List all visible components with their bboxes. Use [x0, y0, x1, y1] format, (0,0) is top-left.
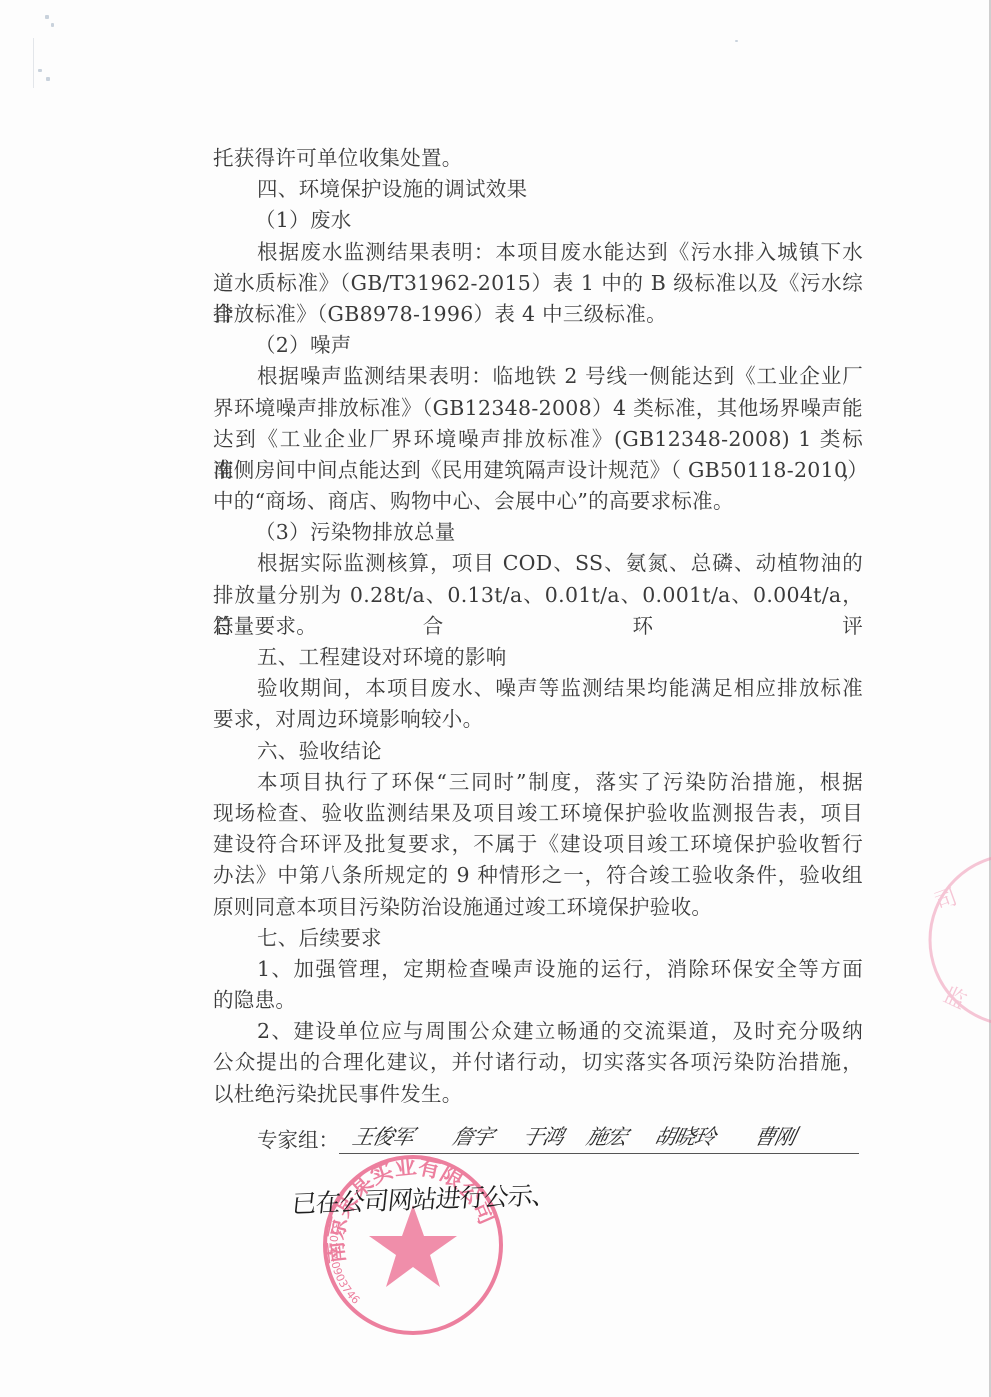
expert-group-label: 专家组： — [257, 1123, 339, 1153]
text-line: 公众提出的合理化建议，并付诸行动，切实落实各项污染防治措施， — [213, 1047, 863, 1078]
text-line: （1）废水 — [213, 205, 863, 236]
text-line: 办法》中第八条所规定的 9 种情形之一，符合竣工验收条件，验收组 — [213, 860, 863, 891]
text-line: 四、环境保护设施的调试效果 — [213, 174, 863, 205]
text-line: 排放量分别为 0.28t/a、0.13t/a、0.01t/a、0.001t/a、… — [213, 580, 863, 611]
text-line: 现场检查、验收监测结果及项目竣工环境保护验收监测报告表，项目 — [213, 798, 863, 829]
expert-signature: 詹宇 — [450, 1121, 496, 1151]
text-line: 达到《工业企业厂界环境噪声排放标准》(GB12348-2008) 1 类标准， — [213, 424, 863, 455]
text-line: 要求，对周边环境影响较小。 — [213, 704, 863, 735]
text-line: 南侧房间中间点能达到《民用建筑隔声设计规范》（ GB50118-2010） — [213, 455, 863, 486]
scan-artifact — [33, 38, 34, 88]
text-line: 1、加强管理，定期检查噪声设施的运行，消除环保安全等方面 — [213, 954, 863, 985]
text-line: 排放标准》（GB8978-1996）表 4 中三级标准。 — [213, 299, 863, 330]
expert-signature: 曹刚 — [752, 1121, 798, 1151]
text-line: （2）噪声 — [213, 330, 863, 361]
expert-signature: 于鸿 — [520, 1121, 566, 1151]
text-line: 本项目执行了环保“三同时”制度，落实了污染防治措施，根据 — [213, 767, 863, 798]
text-line: 七、后续要求 — [213, 923, 863, 954]
text-line: 道水质标准》（GB/T31962-2015）表 1 中的 B 级标准以及《污水综… — [213, 268, 863, 299]
text-line: 建设符合环评及批复要求，不属于《建设项目竣工环境保护验收暂行 — [213, 829, 863, 860]
scan-artifact — [51, 23, 54, 27]
text-line: 原则同意本项目污染防治设施通过竣工环境保护验收。 — [213, 892, 863, 923]
scan-artifact — [46, 77, 50, 81]
text-line: 以杜绝污染扰民事件发生。 — [213, 1079, 863, 1110]
text-line: 根据实际监测核算，项目 COD、SS、氨氮、总磷、动植物油的 — [213, 548, 863, 579]
partial-seal-icon: 司 监 — [920, 840, 991, 1040]
text-line: 的隐患。 — [213, 985, 863, 1016]
text-line: 验收期间，本项目废水、噪声等监测结果均能满足相应排放标准 — [213, 673, 863, 704]
text-line: 托获得许可单位收集处置。 — [213, 143, 863, 174]
scan-artifact — [735, 40, 738, 42]
expert-signature: 胡晓玲 — [652, 1121, 718, 1151]
text-line: 2、建设单位应与周围公众建立畅通的交流渠道，及时充分吸纳 — [213, 1016, 863, 1047]
text-line: 界环境噪声排放标准》（GB12348-2008）4 类标准，其他场界噪声能 — [213, 393, 863, 424]
text-line: 中的“商场、商店、购物中心、会展中心”的高要求标准。 — [213, 486, 863, 517]
document-page: 托获得许可单位收集处置。四、环境保护设施的调试效果（1）废水根据废水监测结果表明… — [0, 0, 991, 1397]
scan-artifact — [45, 15, 49, 19]
scan-artifact — [38, 69, 42, 72]
text-line: （3）污染物排放总量 — [213, 517, 863, 548]
text-line: 根据废水监测结果表明：本项目废水能达到《污水排入城镇下水 — [213, 237, 863, 268]
document-body: 托获得许可单位收集处置。四、环境保护设施的调试效果（1）废水根据废水监测结果表明… — [213, 143, 863, 1110]
text-line: 根据噪声监测结果表明：临地铁 2 号线一侧能达到《工业企业厂 — [213, 361, 863, 392]
text-line: 六、验收结论 — [213, 736, 863, 767]
expert-signature: 王俊军 — [350, 1121, 416, 1151]
text-line: 五、工程建设对环境的影响 — [213, 642, 863, 673]
expert-signature: 施宏 — [584, 1121, 630, 1151]
